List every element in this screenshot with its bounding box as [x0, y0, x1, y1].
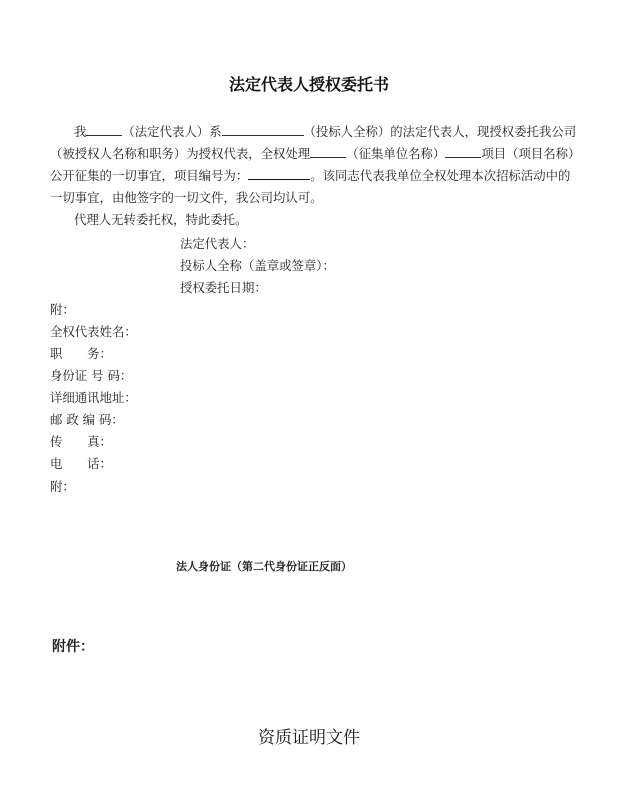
blank-field-project — [445, 145, 481, 158]
signature-date: 授权委托日期： — [180, 278, 267, 296]
text: （法定代表人）系 — [122, 124, 221, 139]
field-position: 职 务： — [50, 344, 112, 362]
body-line-4: 一切事宜，由他签字的一切文件，我公司均认可。 — [50, 188, 323, 206]
annex-label: 附件： — [52, 636, 94, 656]
text: 。该同志代表我单位全权处理本次招标活动中的 — [310, 168, 570, 183]
body-line-5: 代理人无转委托权，特此委托。 — [74, 210, 247, 228]
blank-field-matter — [310, 145, 346, 158]
document-title: 法定代表人授权委托书 — [0, 72, 618, 95]
text: 我 — [74, 124, 86, 139]
body-line-3: 公开征集的一切事宜，项目编号为：。该同志代表我单位全权处理本次招标活动中的 — [50, 166, 570, 184]
signature-bidder: 投标人全称（盖章或签章）： — [180, 256, 335, 274]
field-id-number: 身份证 号 码： — [50, 366, 132, 384]
blank-field-project-number — [248, 167, 310, 180]
field-postal-code: 邮 政 编 码： — [50, 410, 124, 428]
id-card-caption: 法人身份证（第二代身份证正反面） — [176, 558, 352, 574]
field-address: 详细通讯地址： — [50, 388, 137, 406]
attachment-label: 附： — [50, 300, 75, 318]
text: 项目（项目名称） — [481, 146, 580, 161]
blank-field-bidder — [222, 123, 304, 136]
body-line-1: 我（法定代表人）系（投标人全称）的法定代表人，现授权委托我公司 — [74, 122, 576, 140]
field-phone: 电 话： — [50, 454, 112, 472]
blank-field-legal-rep — [86, 123, 122, 136]
field-fax: 传 真： — [50, 432, 112, 450]
section-title-qualification: 资质证明文件 — [0, 723, 618, 748]
signature-legal-rep: 法定代表人： — [180, 234, 254, 252]
text: 公开征集的一切事宜，项目编号为： — [50, 168, 248, 183]
text: （征集单位名称） — [346, 146, 445, 161]
body-line-2: （被授权人名称和职务）为授权代表，全权处理（征集单位名称）项目（项目名称） — [50, 144, 580, 162]
text: （被授权人名称和职务）为授权代表，全权处理 — [50, 146, 310, 161]
field-representative-name: 全权代表姓名： — [50, 322, 137, 340]
text: （投标人全称）的法定代表人，现授权委托我公司 — [304, 124, 577, 139]
attachment-label-2: 附： — [50, 477, 75, 495]
